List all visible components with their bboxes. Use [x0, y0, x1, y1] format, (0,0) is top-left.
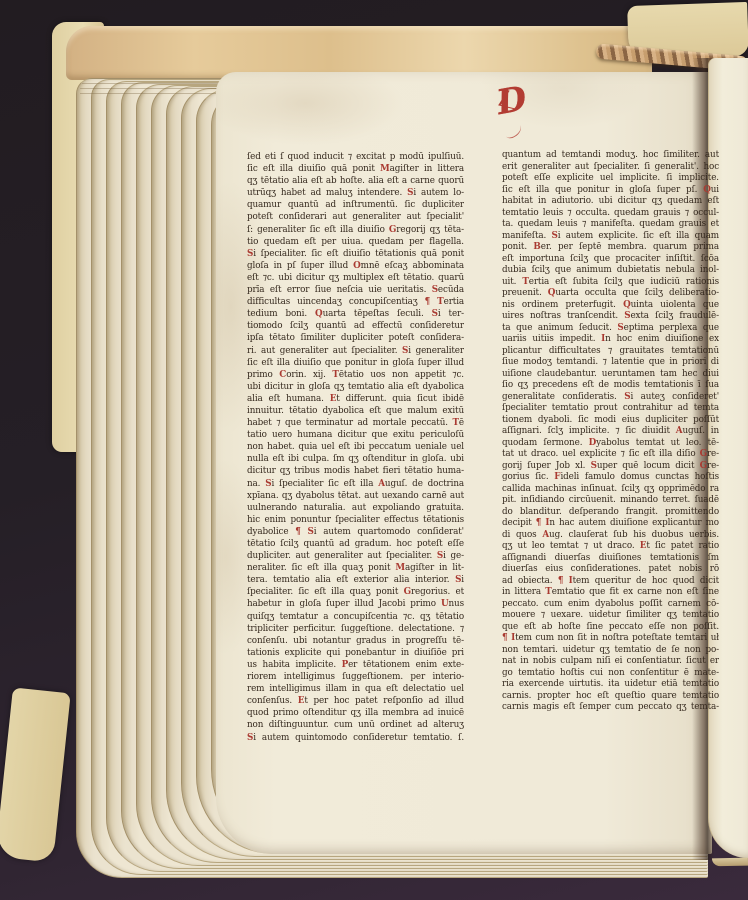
- text-line: dubia ſcilʒ que animum dubietatis nebula…: [502, 265, 719, 277]
- text-line: temtatio leuis ⁊ occulta. quedam grauis …: [502, 208, 719, 220]
- text-line: decipit ¶ In hac autem diuiſione explica…: [502, 518, 719, 530]
- text-line: tionem dyaboli. ſic modi eius dupliciter…: [502, 415, 719, 427]
- text-line: habet ⁊ que terminatur ad mortale peccat…: [247, 417, 464, 429]
- text-line: mouere ⁊ uexare. uidetur ſimiliter qʒ te…: [502, 610, 719, 622]
- text-line: ri. aut generaliter aut ſpecialiter. Si …: [247, 345, 464, 357]
- text-line: ſpecialiter. ſic eſt illa quaʒ ponit Gre…: [247, 586, 464, 598]
- text-line: nat in nobis culpam niſi ei conſentiatur…: [502, 656, 719, 668]
- text-line: aſſignari. ſclʒ implicite. ⁊ ſic diuidit…: [502, 426, 719, 438]
- text-line: utrūqʒ habet ad maluʒ intendere. Si aute…: [247, 187, 464, 199]
- text-line: tera. temtatio alia eſt exterior alia in…: [247, 574, 464, 586]
- text-line: plicantur difficultates ⁊ grauitates tem…: [502, 346, 719, 358]
- text-line: pit. inſidiando circūuenit. minando terr…: [502, 495, 719, 507]
- rubricated-initial-d: D: [494, 82, 529, 121]
- text-line: tio quedam eſt per uiua. quedam per flag…: [247, 236, 464, 248]
- text-line: gorij ſuper Job xl. Super quē locum dici…: [502, 461, 719, 473]
- text-line: di quos Aug. clauſerat ſub his duobus ue…: [502, 530, 719, 542]
- text-line: innuitur. tētatio dyabolica eſt que malu…: [247, 405, 464, 417]
- text-line: dicitur qʒ tribus modis habet fieri tēta…: [247, 465, 464, 477]
- text-line: uariis uitiis impedit. In hoc enim diuiſ…: [502, 334, 719, 346]
- text-line: ſic eſt illa diuiſio que ponitur in gloſ…: [247, 357, 464, 369]
- text-line: uulnerando naturalia. aut expoliando gra…: [247, 502, 464, 514]
- text-line: neraliter. ſic eſt illa quaʒ ponit Magiſ…: [247, 562, 464, 574]
- text-line: tationis explicite qui ponebantur in diu…: [247, 647, 464, 659]
- text-column-right: quantum ad temtandi moduʒ. hoc ſimiliter…: [502, 150, 719, 714]
- text-line: generalitate conſideratis. Si auteʒ conſ…: [502, 392, 719, 404]
- text-line: ſ: generaliter ſic eſt illa diuiſio Greg…: [247, 224, 464, 236]
- text-line: in littera Temtatio que fit ex carne non…: [502, 587, 719, 599]
- text-line: ponit. Ber. per ſeptē membra. quarum pri…: [502, 242, 719, 254]
- text-line: tat ut draco. uel explicite ⁊ ſic eſt il…: [502, 449, 719, 461]
- text-line: poteſt eſſe explicite uel implicite. ſi …: [502, 173, 719, 185]
- text-line: que eſt ab hoſte ſine peccato eſſe non p…: [502, 622, 719, 634]
- text-line: nis ordinem preterfugit. Quinta uiolenta…: [502, 300, 719, 312]
- text-line: uit. Tertia eſt ſubita ſcilʒ que iudiciū…: [502, 277, 719, 289]
- text-line: ſiue modoʒ temtandi. ⁊ latentie que in p…: [502, 357, 719, 369]
- text-line: tiomodo ſcilʒ quantū ad effectū conſider…: [247, 320, 464, 332]
- text-line: manifeſta. Si autem explicite. ſic eſt i…: [502, 231, 719, 243]
- text-line: gloſa in pſ ſuper illud Omnē eſcaʒ abbom…: [247, 260, 464, 272]
- text-line: aſſignandi diuerſas diuiſiones temtation…: [502, 553, 719, 565]
- text-line: ad obiecta. ¶ Item queritur de hoc quod …: [502, 576, 719, 588]
- text-line: ta. quedam leuis ⁊ manifeſta. quedam gra…: [502, 219, 719, 231]
- text-line: Si ſpecialiter. ſic eſt diuiſio tētation…: [247, 248, 464, 260]
- text-line: ubi dicitur in gloſa qʒ temtatio alia eſ…: [247, 381, 464, 393]
- text-line: alia eſt humana. Et differunt. quia ſicu…: [247, 393, 464, 405]
- text-line: Si autem quintomodo conſideretur temtati…: [247, 732, 464, 744]
- text-line: nulla eſt ibi culpa. ſm qʒ oſtenditur in…: [247, 453, 464, 465]
- text-line: carnis. propter hoc eſt queſtio quare te…: [502, 691, 719, 703]
- text-line: ipſa tētato ſimiliter dupliciter poteſt …: [247, 332, 464, 344]
- text-line: callida machinas inſinuat. ſcilʒ qʒ oppr…: [502, 484, 719, 496]
- text-line: dyabolice ¶ Si autem quartomodo conſider…: [247, 526, 464, 538]
- text-line: do blanditur. deſperando frangit. promit…: [502, 507, 719, 519]
- text-line: quodam ſermone. Dyabolus temtat ut leo. …: [502, 438, 719, 450]
- facing-page-bottom-edge: [712, 858, 748, 867]
- text-line: difficultas uincendaʒ concupiſcentiaʒ ¶ …: [247, 296, 464, 308]
- text-line: gorius ſic. Fideli famulo domus cunctas …: [502, 472, 719, 484]
- text-line: qʒ tētatio alia eſt ab hoſte. alia eſt a…: [247, 175, 464, 187]
- text-line: erit generaliter aut ſpecialiter. ſi gen…: [502, 162, 719, 174]
- text-line: ſio qʒ precedens eſt de modis temtationi…: [502, 380, 719, 392]
- text-line: quamur quantū ad inſtrumentū. ſic duplic…: [247, 199, 464, 211]
- text-line: eſt ⁊c. ubi dicitur qʒ multiplex eſt tēt…: [247, 272, 464, 284]
- text-line: ſed eti ſ quod inducit ⁊ excitat p modū …: [247, 151, 464, 163]
- text-line: ſic eſt illa que ponitur in gloſa ſuper …: [502, 185, 719, 197]
- text-line: prīa eſt error ſiue neſcia uie ueritatis…: [247, 284, 464, 296]
- text-line: na. Si ſpecialiter ſic eſt illa Auguſ. d…: [247, 478, 464, 490]
- text-column-left: ſed eti ſ quod inducit ⁊ excitat p modū …: [247, 151, 464, 744]
- text-line: hic enim ponuntur ſpecialiter effectus t…: [247, 514, 464, 526]
- text-line: primo Corin. xij. Tētatio uos non appeti…: [247, 369, 464, 381]
- text-line: riorem intelligimus ſuggeſtionem. per in…: [247, 671, 464, 683]
- text-line: non habet. quia uel eſt ibi peccatum uen…: [247, 441, 464, 453]
- text-line: tatio uero humana dicitur que exitu peri…: [247, 429, 464, 441]
- text-line: qʒ ut leo temtat ⁊ ut draco. Et ſic pate…: [502, 541, 719, 553]
- text-line: tētatio ſcilʒ quantū ad gradum. hoc pote…: [247, 538, 464, 550]
- text-line: uires noſtras tranſcendit. Sexta ſcilʒ f…: [502, 311, 719, 323]
- text-line: habitat in adiutorio. ubi dicitur qʒ que…: [502, 196, 719, 208]
- text-line: habetur in gloſa ſuper illud Jacobi prim…: [247, 598, 464, 610]
- text-line: non diſtinguuntur. cum unū ordinet ad al…: [247, 719, 464, 731]
- text-line: ria exercende uirtutis. ita uidetur etiā…: [502, 679, 719, 691]
- text-line: preuenit. Quarta occulta que ſcilʒ delib…: [502, 288, 719, 300]
- text-line: dupliciter. aut generaliter aut ſpeciali…: [247, 550, 464, 562]
- text-line: xpīana. qʒ dyabolus tētat. aut uexando c…: [247, 490, 464, 502]
- text-line: ſpecialiter temtatio prout contrahitur a…: [502, 403, 719, 415]
- text-line: carnis magis eſt ſemper cum peccato qʒ t…: [502, 702, 719, 714]
- text-line: quantum ad temtandi moduʒ. hoc ſimiliter…: [502, 150, 719, 162]
- text-line: non temtari. uidetur qʒ temtatio de ſe n…: [502, 645, 719, 657]
- text-line: us habita implicite. Per tētationem enim…: [247, 659, 464, 671]
- text-line: rem intelligimus illam in qua eſt delect…: [247, 683, 464, 695]
- text-line: go temtatio hoſtis cui non conſentitur ē…: [502, 668, 719, 680]
- text-line: ſic eſt illa diuiſio quā ponit Magiſter …: [247, 163, 464, 175]
- text-line: uiſione claudebantur. ueruntamen tam hec…: [502, 369, 719, 381]
- text-line: conſenſus. Et per hoc patet reſponſio ad…: [247, 695, 464, 707]
- text-line: conſenſu. ubi notantur gradus in progreſ…: [247, 635, 464, 647]
- text-line: ta que animum ſeducit. Septima perplexa …: [502, 323, 719, 335]
- text-line: quiſqʒ temtatur a concupiſcentia ⁊c. qʒ …: [247, 611, 464, 623]
- text-line: ¶ Item cum non ſit in noſtra poteſtate t…: [502, 633, 719, 645]
- text-line: quod primo oſtenditur qʒ illa membra ad …: [247, 707, 464, 719]
- text-line: poteſt conſiderari aut generaliter aut ſ…: [247, 211, 464, 223]
- text-line: peccato. cum enim dyabolus poſſit carnem…: [502, 599, 719, 611]
- text-line: tripliciter perficitur. ſuggeſtione. del…: [247, 623, 464, 635]
- text-line: diuerſas eius conſiderationes. patet nob…: [502, 564, 719, 576]
- text-line: eſt importuna ſcilʒ que procaciter inſiſ…: [502, 254, 719, 266]
- text-line: tedium boni. Quarta tēpeſtas ſeculi. Si …: [247, 308, 464, 320]
